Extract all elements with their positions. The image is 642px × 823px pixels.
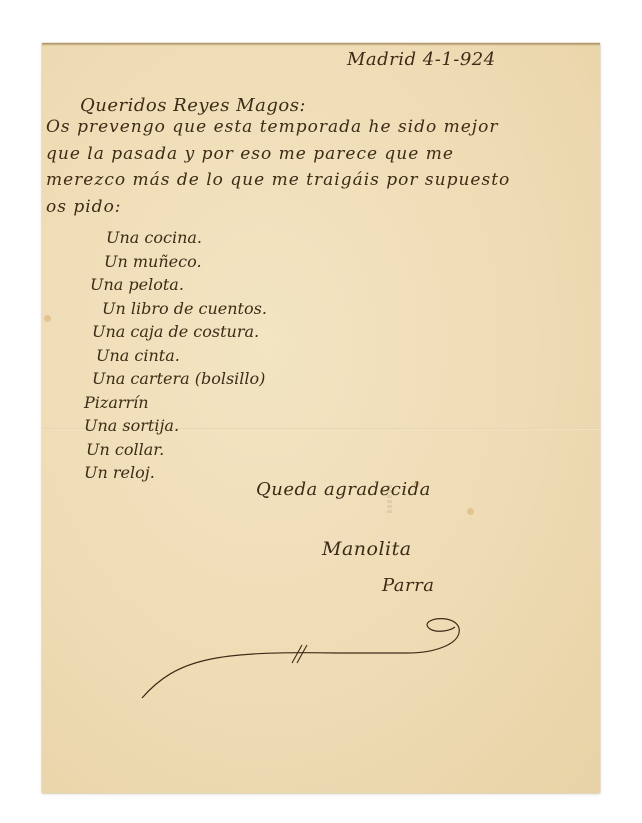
wish-list-item: Una cartera (bolsillo) <box>80 367 267 391</box>
body-line: merezco más de lo que me traigáis por su… <box>46 170 510 190</box>
wish-list: Una cocina. Un muñeco. Una pelota. Un li… <box>80 226 267 485</box>
wish-list-item: Un libro de cuentos. <box>80 297 267 321</box>
signature-first-name: Manolita <box>322 538 412 560</box>
greeting: Queridos Reyes Magos: <box>80 95 306 116</box>
paper-stain <box>467 508 474 515</box>
wish-list-item: Una cinta. <box>80 344 267 368</box>
wish-list-item: Un muñeco. <box>80 250 267 274</box>
body-line: os pido: <box>46 197 122 217</box>
wish-list-item: Un reloj. <box>80 461 267 485</box>
letter-paper: Madrid 4-1-924 Queridos Reyes Magos: Os … <box>42 43 600 793</box>
signature-last-name: Parra <box>382 575 434 596</box>
body-line: que la pasada y por eso me parece que me <box>46 144 454 164</box>
wish-list-item: Una caja de costura. <box>80 320 267 344</box>
paper-stain <box>44 315 51 322</box>
wish-list-item: Una sortija. <box>80 414 267 438</box>
wish-list-item: Pizarrín <box>80 391 267 415</box>
closing: Queda agradecida <box>256 479 431 500</box>
wish-list-item: Una cocina. <box>80 226 267 250</box>
wish-list-item: Un collar. <box>80 438 267 462</box>
body-line: Os prevengo que esta temporada he sido m… <box>46 117 498 137</box>
signature-flourish-icon <box>137 603 467 703</box>
place-date: Madrid 4-1-924 <box>347 49 496 70</box>
wish-list-item: Una pelota. <box>80 273 267 297</box>
